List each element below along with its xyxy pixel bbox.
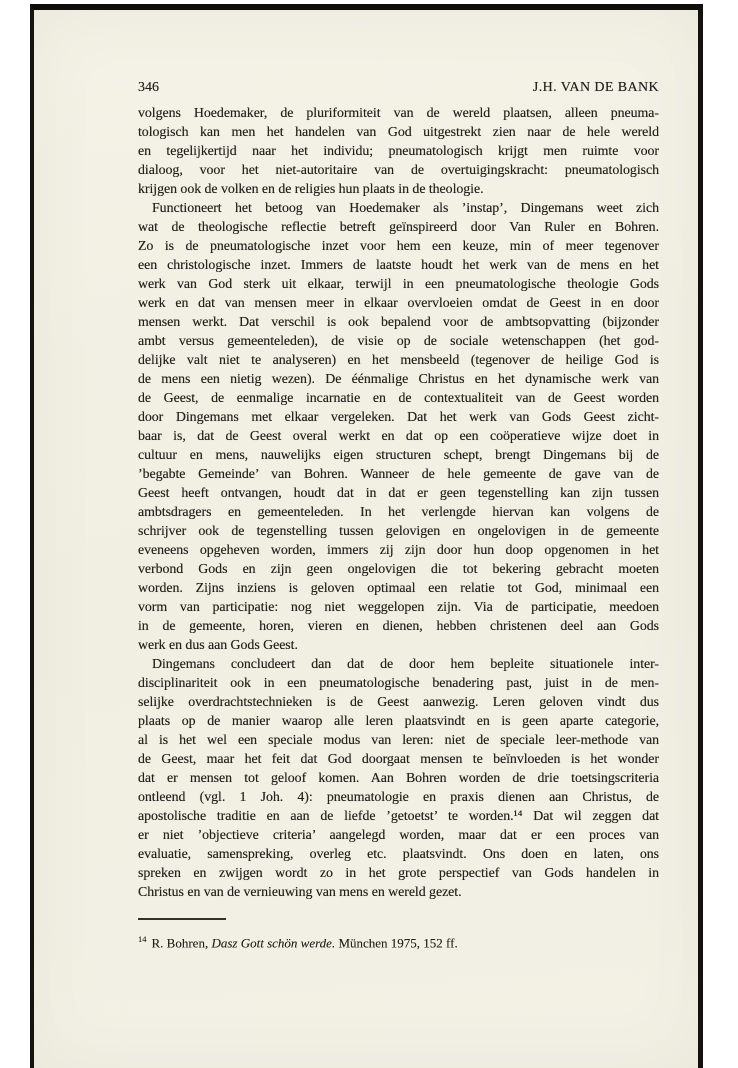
text-line: eveneens opgeheven worden, immers zij zi… bbox=[138, 541, 659, 560]
body-text: volgens Hoedemaker, de pluriformiteit va… bbox=[138, 104, 659, 902]
footnote-text-post: München 1975, 152 ff. bbox=[335, 935, 458, 950]
text-line: Functioneert het betoog van Hoedemaker a… bbox=[138, 199, 659, 218]
text-line: disciplinariteit ook in een pneumatologi… bbox=[138, 674, 659, 693]
text-line: werk en dus aan Gods Geest. bbox=[138, 636, 659, 655]
running-head: J.H. VAN DE BANK bbox=[533, 78, 659, 97]
text-line: baar is, dat de Geest overal werkt en da… bbox=[138, 427, 659, 446]
text-line: Zo is de pneumatologische inzet voor hem… bbox=[138, 237, 659, 256]
text-line: werk van God sterk uit elkaar, terwijl i… bbox=[138, 275, 659, 294]
text-line: ontleend (vgl. 1 Joh. 4): pneumatologie … bbox=[138, 788, 659, 807]
text-line: Dingemans concludeert dan dat de door he… bbox=[138, 655, 659, 674]
text-line: de mens een nietig wezen). De éénmalige … bbox=[138, 370, 659, 389]
text-line: evaluatie, samenspreking, overleg etc. p… bbox=[138, 845, 659, 864]
text-line: dialoog, voor het niet-autoritaire van d… bbox=[138, 161, 659, 180]
text-line: plaats op de manier waarop alle leren pl… bbox=[138, 712, 659, 731]
text-line: ’begabte Gemeinde’ van Bohren. Wanneer d… bbox=[138, 465, 659, 484]
text-line: ambt versus gemeenteleden), de visie op … bbox=[138, 332, 659, 351]
text-line: Geest heeft ontvangen, houdt dat in dat … bbox=[138, 484, 659, 503]
footnote: 14R. Bohren, Dasz Gott schön werde. Münc… bbox=[138, 931, 659, 951]
text-line: een christologische inzet. Immers de laa… bbox=[138, 256, 659, 275]
footnote-text-pre: R. Bohren, bbox=[152, 935, 212, 950]
footnote-rule bbox=[138, 918, 226, 920]
text-line: dat er mensen tot geloof komen. Aan Bohr… bbox=[138, 769, 659, 788]
text-line: selijke overdrachtstechnieken is de Gees… bbox=[138, 693, 659, 712]
text-line: verbond Gods en zijn geen ongelovigen di… bbox=[138, 560, 659, 579]
scanned-journal-page: { "page": { "number": "346", "running_he… bbox=[0, 0, 738, 1068]
text-line: vorm van participatie: nog niet weggelop… bbox=[138, 598, 659, 617]
text-line: cultuur en mens, nauwelijks eigen struct… bbox=[138, 446, 659, 465]
page-header: 346 J.H. VAN DE BANK bbox=[138, 78, 659, 97]
page-frame: 346 J.H. VAN DE BANK volgens Hoedemaker,… bbox=[30, 4, 703, 1068]
text-line: en tegelijkertijd naar het individu; pne… bbox=[138, 142, 659, 161]
page-content: 346 J.H. VAN DE BANK volgens Hoedemaker,… bbox=[138, 78, 659, 951]
text-line: in de gemeente, horen, vieren en dienen,… bbox=[138, 617, 659, 636]
page-number: 346 bbox=[138, 78, 159, 97]
text-line: volgens Hoedemaker, de pluriformiteit va… bbox=[138, 104, 659, 123]
text-line: spreken en zwijgen wordt zo in het grote… bbox=[138, 864, 659, 883]
text-line: de Geest, de eenmalige incarnatie en de … bbox=[138, 389, 659, 408]
text-line: wat de theologische reflectie betreft ge… bbox=[138, 218, 659, 237]
text-line: werk en dat van mensen meer in elkaar ov… bbox=[138, 294, 659, 313]
text-line: er niet ’objectieve criteria’ aangelegd … bbox=[138, 826, 659, 845]
text-line: mensen werkt. Dat verschil is ook bepale… bbox=[138, 313, 659, 332]
text-line: door Dingemans met elkaar vergeleken. Da… bbox=[138, 408, 659, 427]
text-line: Christus en van de vernieuwing van mens … bbox=[138, 883, 659, 902]
text-line: delijke valt niet te analyseren) en het … bbox=[138, 351, 659, 370]
text-line: tologisch kan men het handelen van God u… bbox=[138, 123, 659, 142]
text-line: worden. Zijns inziens is geloven optimaa… bbox=[138, 579, 659, 598]
text-line: krijgen ook de volken en de religies hun… bbox=[138, 180, 659, 199]
text-line: schrijver ook de tegenstelling tussen ge… bbox=[138, 522, 659, 541]
text-line: de Geest, maar het feit dat God doorgaat… bbox=[138, 750, 659, 769]
text-line: al is het wel een speciale modus van ler… bbox=[138, 731, 659, 750]
text-line: apostolische traditie en aan de liefde ’… bbox=[138, 807, 659, 826]
footnote-marker: 14 bbox=[138, 934, 147, 944]
footnote-work-title: Dasz Gott schön werde. bbox=[211, 935, 335, 950]
text-line: ambtsdragers en gemeenteleden. In het ve… bbox=[138, 503, 659, 522]
